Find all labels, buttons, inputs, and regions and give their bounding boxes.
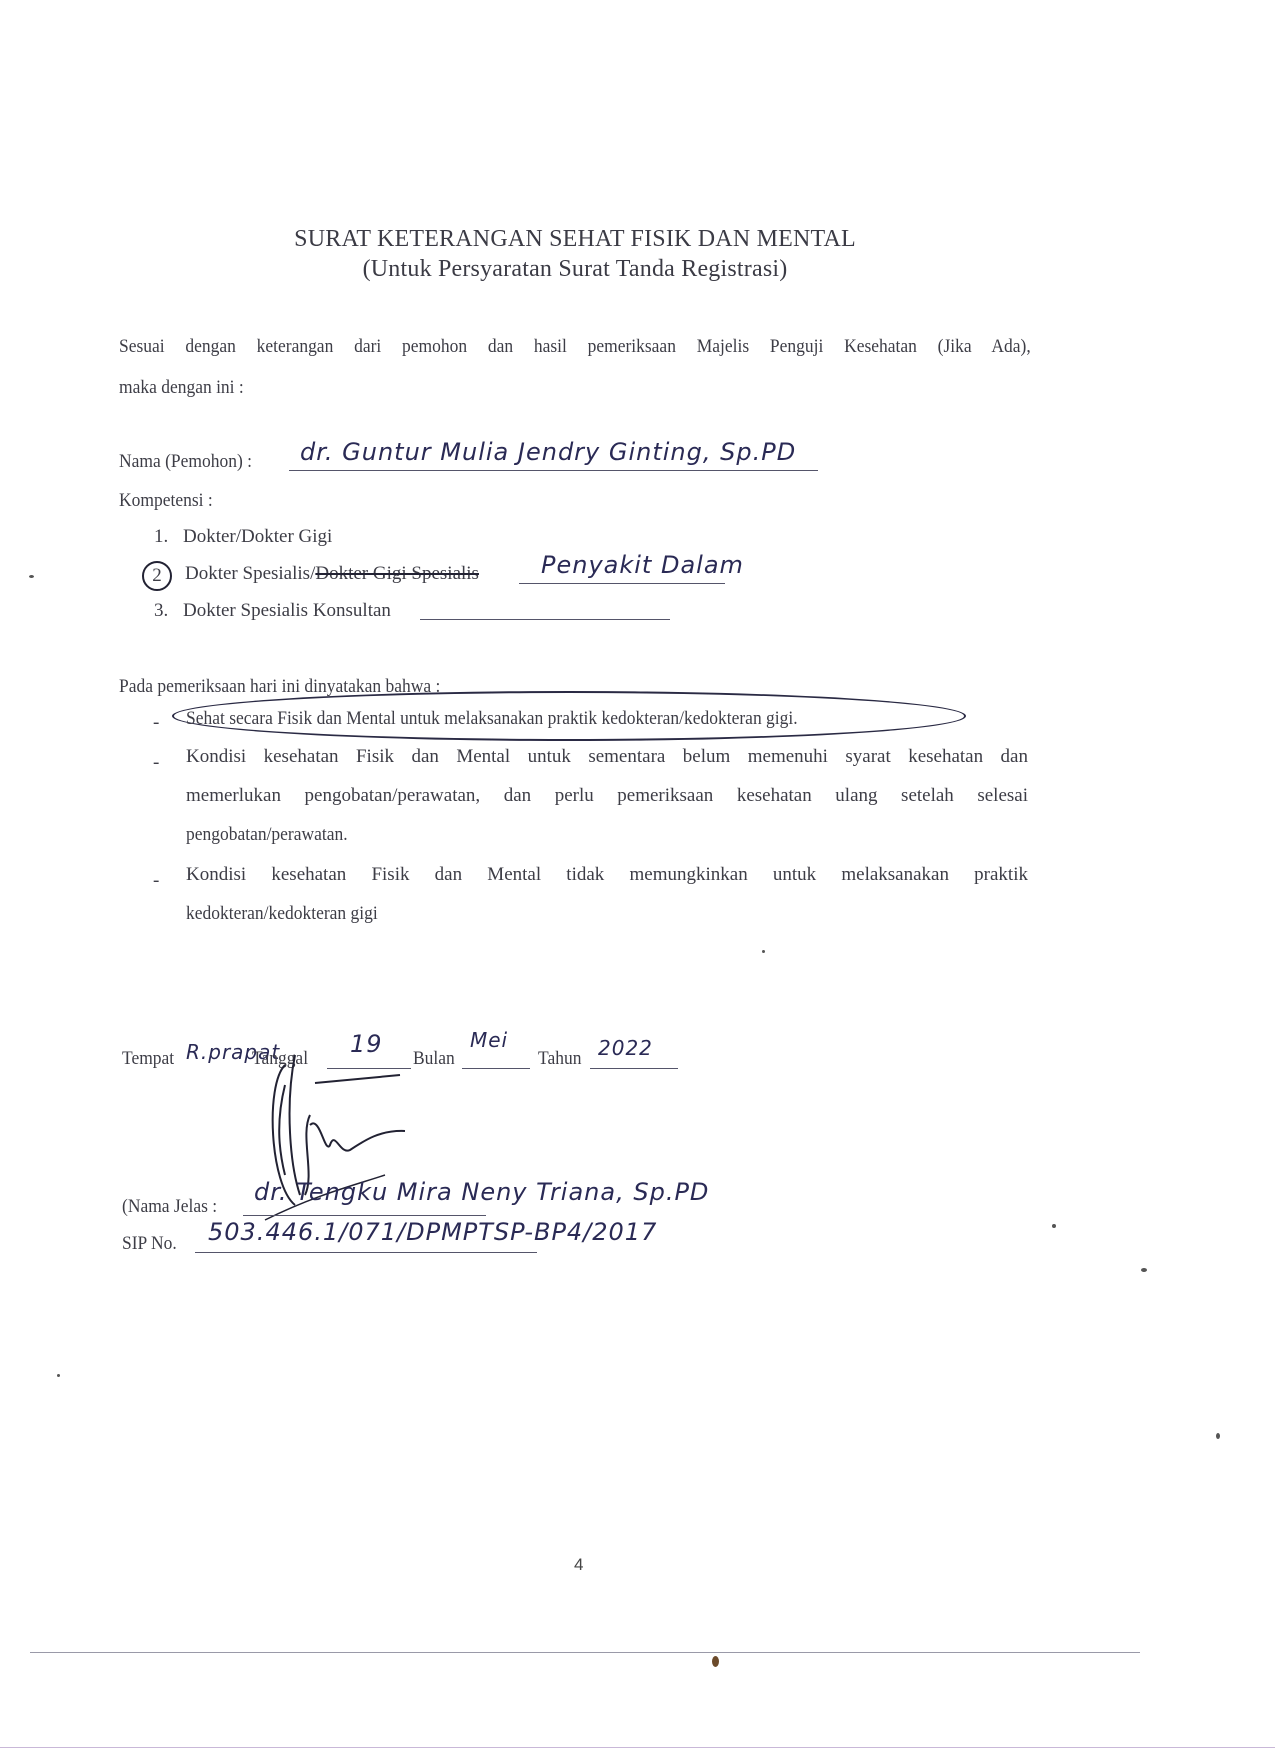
scan-speck — [1216, 1433, 1220, 1439]
intro-paragraph: Sesuai dengan keterangan dari pemohon da… — [119, 336, 1031, 358]
scan-speck — [762, 950, 765, 953]
exam-option-3[interactable]: Kondisi kesehatan Fisik dan Mental tidak… — [186, 864, 1028, 886]
year-field[interactable]: 2022 — [598, 1036, 653, 1060]
sip-underline — [195, 1252, 537, 1253]
scan-speck — [1052, 1224, 1056, 1228]
specialty-underline — [519, 583, 725, 584]
month-underline — [462, 1068, 530, 1069]
year-label: Tahun — [538, 1048, 581, 1070]
applicant-underline — [289, 470, 818, 471]
scan-speck — [712, 1656, 719, 1667]
competence-item-3-text: Dokter Spesialis Konsultan — [183, 600, 391, 621]
competence-item-2-label: Dokter Spesialis/ — [185, 563, 315, 584]
applicant-name-field[interactable]: dr. Guntur Mulia Jendry Ginting, Sp.PD — [300, 438, 796, 466]
signer-name-label: (Nama Jelas : — [122, 1196, 217, 1218]
exam-option-2-line-1: Kondisi kesehatan Fisik dan Mental untuk… — [186, 746, 1028, 768]
place-label: Tempat — [122, 1048, 174, 1070]
sip-field[interactable]: 503.446.1/071/DPMPTSP-BP4/2017 — [208, 1218, 657, 1246]
exam-option-2-bullet: - — [153, 752, 159, 774]
signer-name-underline — [243, 1215, 486, 1216]
document-title: SURAT KETERANGAN SEHAT FISIK DAN MENTAL — [0, 226, 1150, 253]
struck-option: Dokter Gigi Spesialis — [315, 563, 479, 584]
intro-line-1: Sesuai dengan keterangan dari pemohon da… — [119, 336, 1031, 358]
competence-item-1[interactable]: 1. Dokter/Dokter Gigi — [154, 526, 332, 548]
exam-option-2-line-2: memerlukan pengobatan/perawatan, dan per… — [186, 785, 1028, 807]
intro-line-2: maka dengan ini : — [119, 377, 244, 399]
signer-name-field[interactable]: dr. Tengku Mira Neny Triana, Sp.PD — [254, 1178, 709, 1206]
year-underline — [590, 1068, 678, 1069]
competence-item-3[interactable]: 3. Dokter Spesialis Konsultan — [154, 600, 391, 622]
exam-option-2[interactable]: Kondisi kesehatan Fisik dan Mental untuk… — [186, 746, 1028, 768]
competence-item-2-text: Dokter Spesialis/Dokter Gigi Spesialis — [185, 563, 479, 585]
exam-option-3-line-2: kedokteran/kedokteran gigi — [186, 903, 378, 925]
sip-label: SIP No. — [122, 1233, 177, 1255]
exam-option-3-bullet: - — [153, 870, 159, 892]
scan-speck — [1141, 1268, 1147, 1272]
document-subtitle: (Untuk Persyaratan Surat Tanda Registras… — [0, 256, 1150, 283]
exam-option-3-line-1: Kondisi kesehatan Fisik dan Mental tidak… — [186, 864, 1028, 886]
competence-label: Kompetensi : — [119, 490, 213, 512]
scan-speck — [29, 575, 34, 578]
applicant-label: Nama (Pemohon) : — [119, 451, 252, 473]
exam-option-1-bullet: - — [153, 712, 159, 734]
scan-bottom-edge — [0, 1747, 1275, 1748]
consultant-underline — [420, 619, 670, 620]
exam-option-2-line-3: pengobatan/perawatan. — [186, 824, 348, 846]
competence-item-1-text: Dokter/Dokter Gigi — [183, 526, 332, 547]
exam-option-1[interactable]: Sehat secara Fisik dan Mental untuk mela… — [186, 708, 798, 730]
scan-speck — [57, 1374, 60, 1377]
competence-item-1-number: 1. — [154, 526, 168, 547]
page-number: 4 — [574, 1555, 583, 1575]
exam-option-2-cont: memerlukan pengobatan/perawatan, dan per… — [186, 785, 1028, 807]
specialty-field[interactable]: Penyakit Dalam — [541, 551, 744, 579]
selected-circle-mark: 2 — [142, 561, 172, 591]
scan-edge-line — [30, 1652, 1140, 1653]
competence-item-3-number: 3. — [154, 600, 168, 621]
month-field[interactable]: Mei — [470, 1028, 508, 1052]
